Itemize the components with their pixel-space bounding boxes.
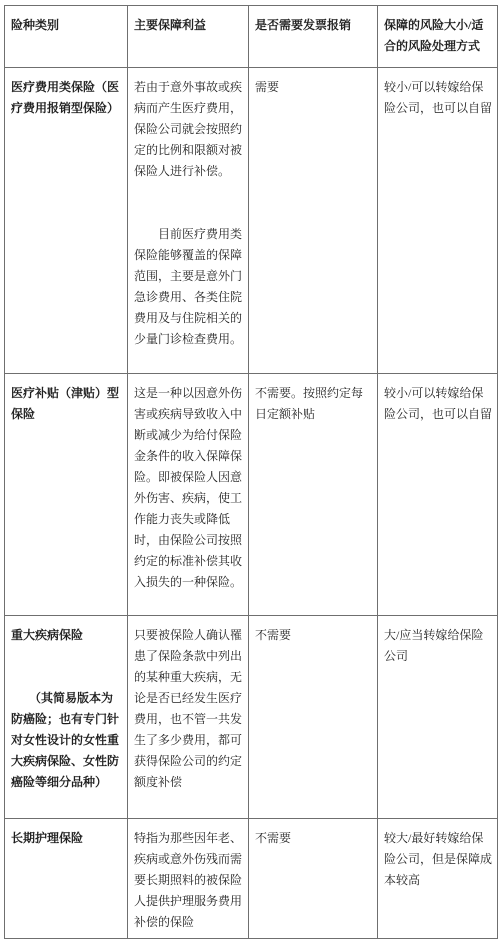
- insurance-comparison-table: 险种类别 主要保障利益 是否需要发票报销 保障的风险大小/适 合的风险处理方式 …: [4, 5, 498, 939]
- cell-benefit: 特指为那些因年老、 疾病或意外伤残而需 要长期照料的被保险 人提供护理服务费用 …: [128, 819, 249, 939]
- header-risk-size: 保障的风险大小/适 合的风险处理方式: [378, 6, 498, 68]
- cell-invoice: 不需要。按照约定每 日定额补贴: [249, 374, 378, 616]
- cell-category: 重大疾病保险 （其简易版本为 防癌险；也有专门针 对女性设计的女性重 大疾病保险…: [5, 616, 128, 819]
- cell-invoice: 需要: [249, 68, 378, 374]
- cell-risk: 较小/可以转嫁给保 险公司，也可以自留: [378, 374, 498, 616]
- cell-category: 医疗费用类保险（医 疗费用报销型保险）: [5, 68, 128, 374]
- cell-invoice: 不需要: [249, 819, 378, 939]
- cell-category: 长期护理保险: [5, 819, 128, 939]
- header-invoice-needed: 是否需要发票报销: [249, 6, 378, 68]
- cell-invoice: 不需要: [249, 616, 378, 819]
- cell-benefit: 若由于意外事故或疾 病而产生医疗费用， 保险公司就会按照约 定的比例和限额对被 …: [128, 68, 249, 374]
- cell-category: 医疗补贴（津贴）型 保险: [5, 374, 128, 616]
- table-row-long-term-care-insurance: 长期护理保险 特指为那些因年老、 疾病或意外伤残而需 要长期照料的被保险 人提供…: [5, 819, 498, 939]
- cell-benefit: 这是一种以因意外伤 害或疾病导致收入中 断或减少为给付保险 金条件的收入保障保 …: [128, 374, 249, 616]
- header-main-benefit: 主要保障利益: [128, 6, 249, 68]
- table-row-critical-illness-insurance: 重大疾病保险 （其简易版本为 防癌险；也有专门针 对女性设计的女性重 大疾病保险…: [5, 616, 498, 819]
- document-page: 险种类别 主要保障利益 是否需要发票报销 保障的风险大小/适 合的风险处理方式 …: [0, 0, 500, 946]
- cell-risk: 较小/可以转嫁给保 险公司，也可以自留: [378, 68, 498, 374]
- cell-benefit: 只要被保险人确认罹 患了保险条款中列出 的某种重大疾病，无 论是否已经发生医疗 …: [128, 616, 249, 819]
- table-row-medical-expense-insurance: 医疗费用类保险（医 疗费用报销型保险） 若由于意外事故或疾 病而产生医疗费用， …: [5, 68, 498, 374]
- table-row-medical-allowance-insurance: 医疗补贴（津贴）型 保险 这是一种以因意外伤 害或疾病导致收入中 断或减少为给付…: [5, 374, 498, 616]
- cell-risk: 较大/最好转嫁给保 险公司，但是保障成 本较高: [378, 819, 498, 939]
- cell-risk: 大/应当转嫁给保险 公司: [378, 616, 498, 819]
- header-row: 险种类别 主要保障利益 是否需要发票报销 保障的风险大小/适 合的风险处理方式: [5, 6, 498, 68]
- header-insurance-category: 险种类别: [5, 6, 128, 68]
